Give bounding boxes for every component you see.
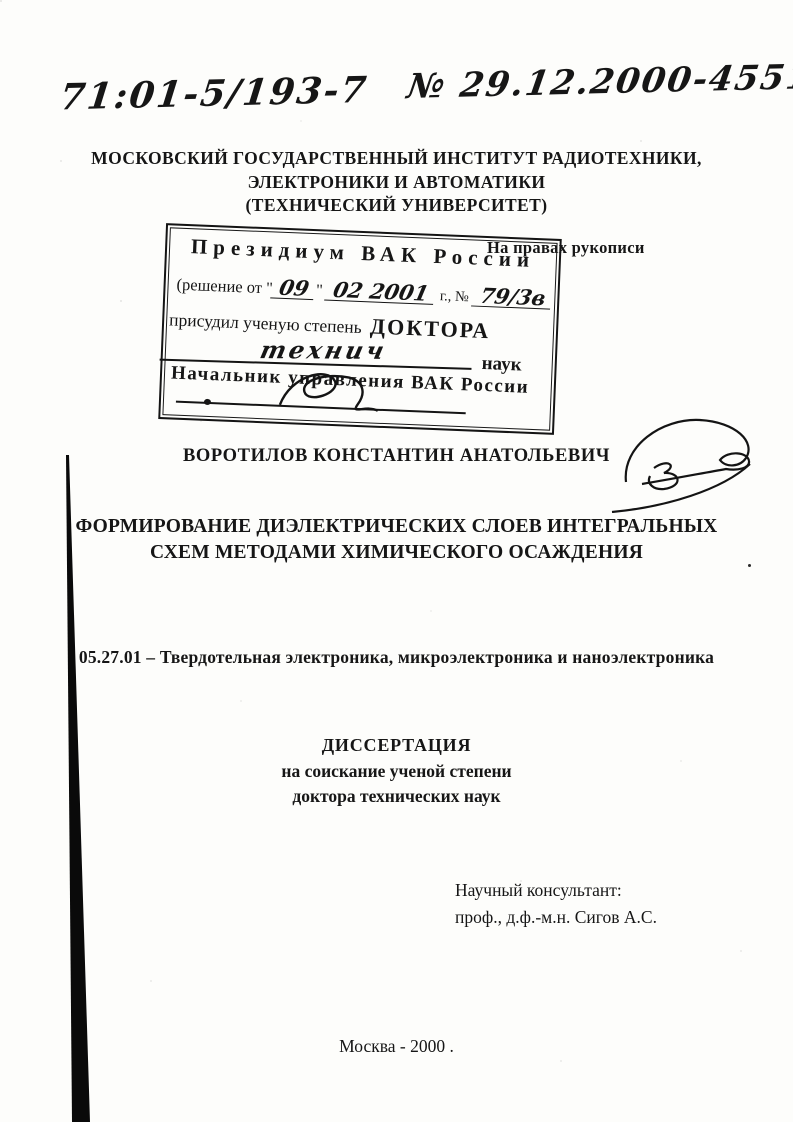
scan-noise-speckles [0, 0, 2, 2]
stamp-decision-line: (решение от "09" 02 2001 г., № 79/3в [176, 273, 553, 310]
stamp-decision-day-handwritten: 09 [270, 278, 318, 301]
stamp-inner-border: Президиум ВАК России (решение от "09" 02… [162, 227, 557, 430]
dissertation-title-line1: ФОРМИРОВАНИЕ ДИЭЛЕКТРИЧЕСКИХ СЛОЕВ ИНТЕГ… [0, 514, 793, 540]
institute-name-line2: ЭЛЕКТРОНИКИ И АВТОМАТИКИ [0, 171, 793, 195]
institute-name-line3: (ТЕХНИЧЕСКИЙ УНИВЕРСИТЕТ) [0, 194, 793, 218]
dissertation-degree-line: доктора технических наук [0, 784, 793, 810]
stamp-official-signature [273, 361, 395, 428]
dissertation-type: ДИССЕРТАЦИЯ [0, 733, 793, 759]
consultant-name: проф., д.ф.-м.н. Сигов А.С. [455, 904, 657, 931]
stamp-bottom-rule-dot [204, 399, 211, 405]
city-year-line: Москва - 2000 . [0, 1036, 793, 1057]
handwritten-registration-number: № 29.12.2000-4551/05 [404, 55, 793, 107]
stamp-nauk-label: наук [481, 353, 522, 377]
stamp-decision-date-handwritten: 02 2001 [325, 280, 438, 305]
dissertation-title: ФОРМИРОВАНИЕ ДИЭЛЕКТРИЧЕСКИХ СЛОЕВ ИНТЕГ… [0, 514, 793, 565]
stamp-decision-number-handwritten: 79/3в [471, 286, 555, 310]
stamp-awarded-text: присудил ученую степень [169, 309, 362, 337]
dissertation-purpose-line: на соискание ученой степени [0, 759, 793, 785]
handwritten-call-number: 71:01-5/193-7 [58, 69, 371, 119]
consultant-block: Научный консультант: проф., д.ф.-м.н. Си… [455, 877, 657, 931]
stamp-decision-prefix: (решение от " [176, 275, 273, 298]
institute-name-line1: МОСКОВСКИЙ ГОСУДАРСТВЕННЫЙ ИНСТИТУТ РАДИ… [0, 147, 793, 171]
author-signature [598, 408, 763, 513]
stamp-decision-suffix: г., № [440, 288, 470, 305]
specialty-code-line: 05.27.01 – Твердотельная электроника, ми… [0, 647, 793, 668]
dissertation-type-block: ДИССЕРТАЦИЯ на соискание ученой степени … [0, 733, 793, 810]
consultant-label: Научный консультант: [455, 877, 657, 904]
scanned-dissertation-title-page: 71:01-5/193-7 № 29.12.2000-4551/05 МОСКО… [0, 0, 793, 1122]
institute-header: МОСКОВСКИЙ ГОСУДАРСТВЕННЫЙ ИНСТИТУТ РАДИ… [0, 147, 793, 218]
handwritten-catalog-line: 71:01-5/193-7 № 29.12.2000-4551/05 [60, 60, 751, 119]
dissertation-title-line2: СХЕМ МЕТОДАМИ ХИМИЧЕСКОГО ОСАЖДЕНИЯ [0, 540, 793, 566]
stamp-title: Президиум ВАК России [170, 233, 557, 273]
stray-ink-dot [748, 564, 751, 567]
vak-approval-stamp: Президиум ВАК России (решение от "09" 02… [158, 223, 562, 435]
